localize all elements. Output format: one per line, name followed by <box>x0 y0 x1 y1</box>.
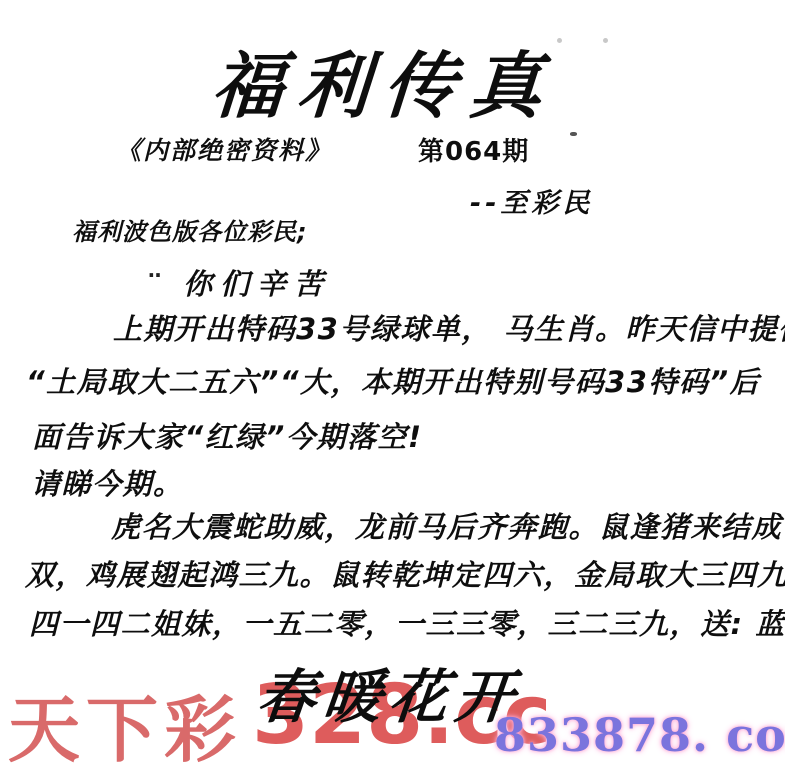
body-line: 双，鸡展翅起鸿三九。鼠转乾坤定四六，金局取大三四九。 <box>25 553 785 594</box>
body-line: 四一四二姐妹，一五二零，一三三零，三二三九，送: 蓝绿 <box>29 602 785 643</box>
scan-artifact-dot <box>603 38 608 43</box>
footer-calligraphy: 春暖花开 <box>254 650 527 734</box>
fax-document-page: 福利传真 《内部绝密资料》 第064期 --至彩民 福利波色版各位彩民; ‥ 你… <box>0 0 785 772</box>
dedication-line: --至彩民 <box>470 181 593 220</box>
issue-number: 第064期 <box>418 131 529 168</box>
greeting-line: 你们辛苦 <box>183 262 331 303</box>
body-line: “土局取大二五六”“大，本期开出特别号码33特码”后 <box>26 360 760 401</box>
page-title: 福利传真 <box>208 28 559 132</box>
ditto-marks: ‥ <box>148 258 164 282</box>
body-line: 面告诉大家“红绿”今期落空! <box>32 415 423 456</box>
salutation-line: 福利波色版各位彩民; <box>72 212 308 247</box>
watermark-site-left: 天下彩 <box>8 672 242 772</box>
body-line: 虎名大震蛇助威，龙前马后齐奔跑。鼠逢猪来结成 <box>111 505 782 546</box>
body-line: 请睇今期。 <box>31 462 184 503</box>
scan-artifact-mark <box>570 132 577 136</box>
body-line: 上期开出特码33号绿球单， 马生肖。昨天信中提供 <box>113 307 785 348</box>
source-label: 《内部绝密资料》 <box>116 131 332 167</box>
watermark-purple-domain: 833878. com <box>494 708 785 762</box>
